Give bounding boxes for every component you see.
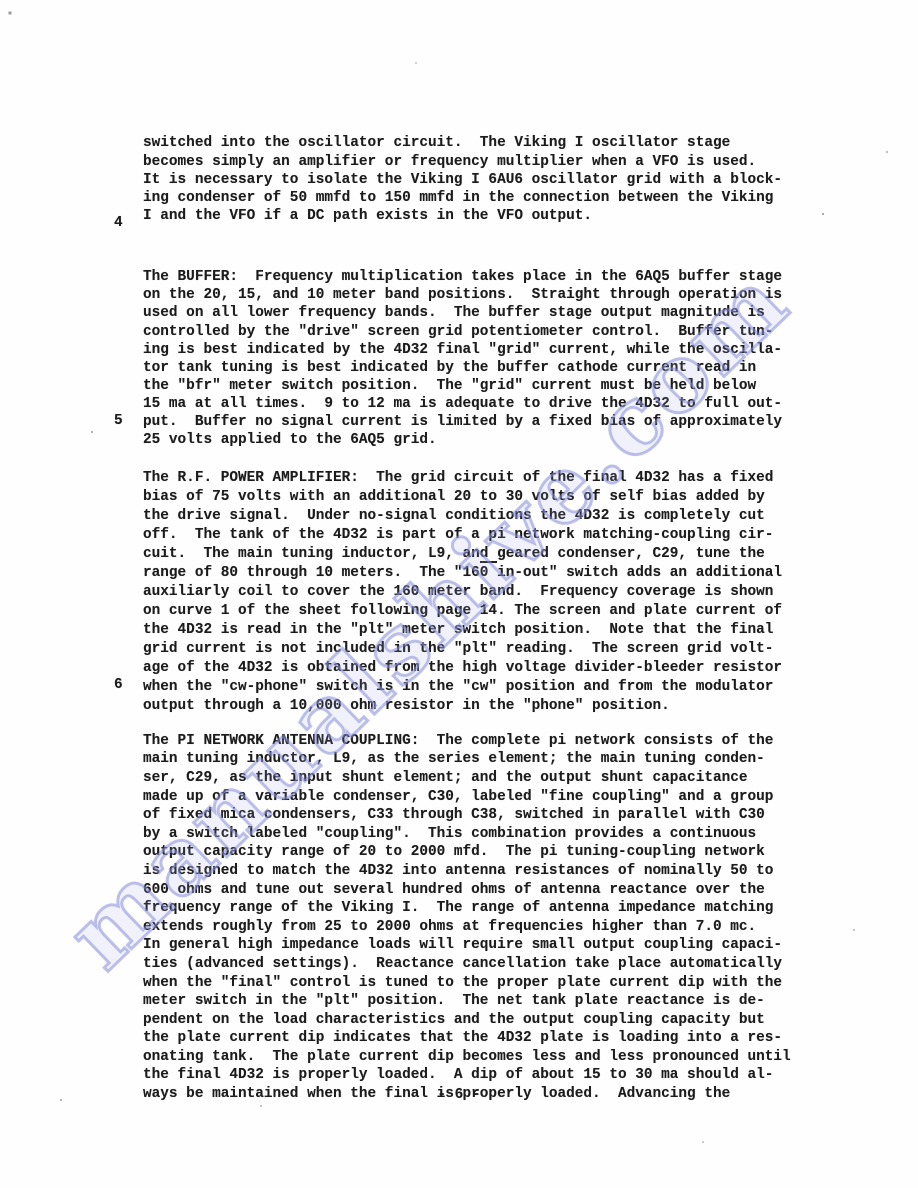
page-14-underline bbox=[480, 561, 497, 563]
paragraph-text: switched into the oscillator circuit. Th… bbox=[143, 134, 782, 225]
paragraph-pi-network-antenna-coupling: 6 The PI NETWORK ANTENNA COUPLING: The c… bbox=[143, 676, 791, 1141]
paragraph-text: The PI NETWORK ANTENNA COUPLING: The com… bbox=[143, 732, 791, 1104]
section-number-6: 6 bbox=[114, 676, 123, 695]
scan-specks bbox=[0, 0, 2, 2]
document-page: switched into the oscillator circuit. Th… bbox=[0, 0, 918, 1188]
section-number-4: 4 bbox=[114, 214, 123, 232]
section-number-5: 5 bbox=[114, 412, 123, 431]
page-number: - 6 - bbox=[0, 1087, 918, 1103]
